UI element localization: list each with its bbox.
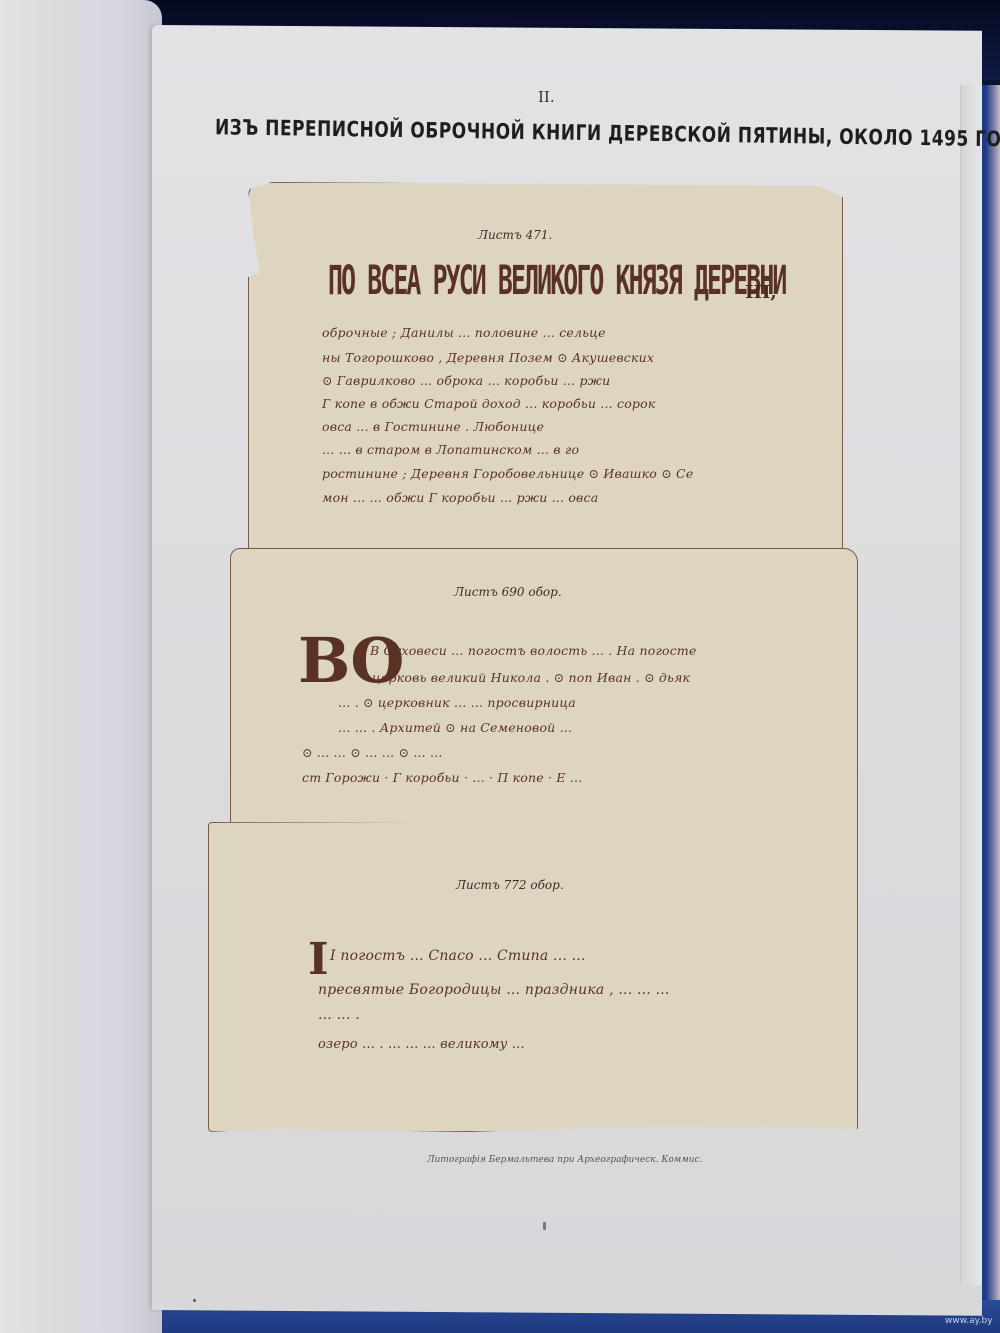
- manuscript-line: Г копе в обжи Старой доход ... коробьи .…: [322, 396, 656, 411]
- manuscript-line: ... . ⊙ церковник ... ... просвирница: [338, 695, 576, 710]
- manuscript-line: В Оуховеси ... погостъ волость ... . На …: [370, 643, 697, 658]
- manuscript-line: ... ... .: [318, 1007, 360, 1023]
- manuscript-line: ны Тогорошково , Деревня Позем ⊙ Акушевс…: [322, 350, 654, 365]
- sheet-label-690: Листъ 690 обор.: [454, 585, 562, 599]
- manuscript-line: ст Горожи · Г коробьи · ... · П копе · Е…: [302, 770, 582, 785]
- manuscript-line: овса ... в Гостинине . Любонице: [322, 419, 544, 434]
- site-watermark: www.ay.by: [945, 1316, 993, 1326]
- paper-speck: [193, 1299, 196, 1302]
- manuscript-line: І погостъ ... Спасо ... Стипа ... ...: [330, 948, 586, 964]
- manuscript-sheet-772: [208, 822, 858, 1132]
- manuscript-line: ... ... . Архитей ⊙ на Семеновой ...: [338, 720, 572, 735]
- sheet-label-772: Листъ 772 обор.: [456, 878, 564, 892]
- left-page-inner-leaf: [0, 0, 78, 1333]
- sheet-label-471: Листъ 471.: [478, 228, 552, 242]
- manuscript-line: ⊙ ... ... ⊙ ... ... ⊙ ... ...: [302, 745, 443, 760]
- manuscript-line: ... ... в старом в Лопатинском ... в го: [322, 442, 579, 457]
- manuscript-line: ростинине ; Деревня Горобовельнице ⊙ Ива…: [322, 466, 693, 481]
- paper-speck: [543, 1222, 546, 1230]
- vyaz-heading: ПО ВСЕА РУСИ ВЕЛИКОГО КНЯЗЯ ДЕРЕВНИ: [328, 258, 785, 304]
- folio-mark: НІ,: [745, 282, 777, 303]
- manuscript-line: мон ... ... обжи Г коробьи ... ржи ... о…: [322, 490, 598, 505]
- manuscript-line: озеро ... . ... ... ... великому ...: [318, 1037, 525, 1052]
- manuscript-line: церковь великий Никола . ⊙ поп Иван . ⊙ …: [372, 670, 690, 685]
- page-stack-edge: [960, 85, 982, 1285]
- lithography-imprint: Литографія Бермальтева при Археографичес…: [427, 1155, 702, 1165]
- plate-number: II.: [538, 88, 555, 106]
- manuscript-line: оброчные ; Данилы ... половине ... сельц…: [322, 325, 606, 340]
- manuscript-line: пресвятые Богородицы ... праздника , ...…: [318, 982, 670, 998]
- manuscript-line: ⊙ Гаврилково ... оброка ... коробьи ... …: [322, 373, 610, 388]
- decorated-initial: І: [308, 938, 329, 982]
- left-facing-page: [0, 0, 162, 1333]
